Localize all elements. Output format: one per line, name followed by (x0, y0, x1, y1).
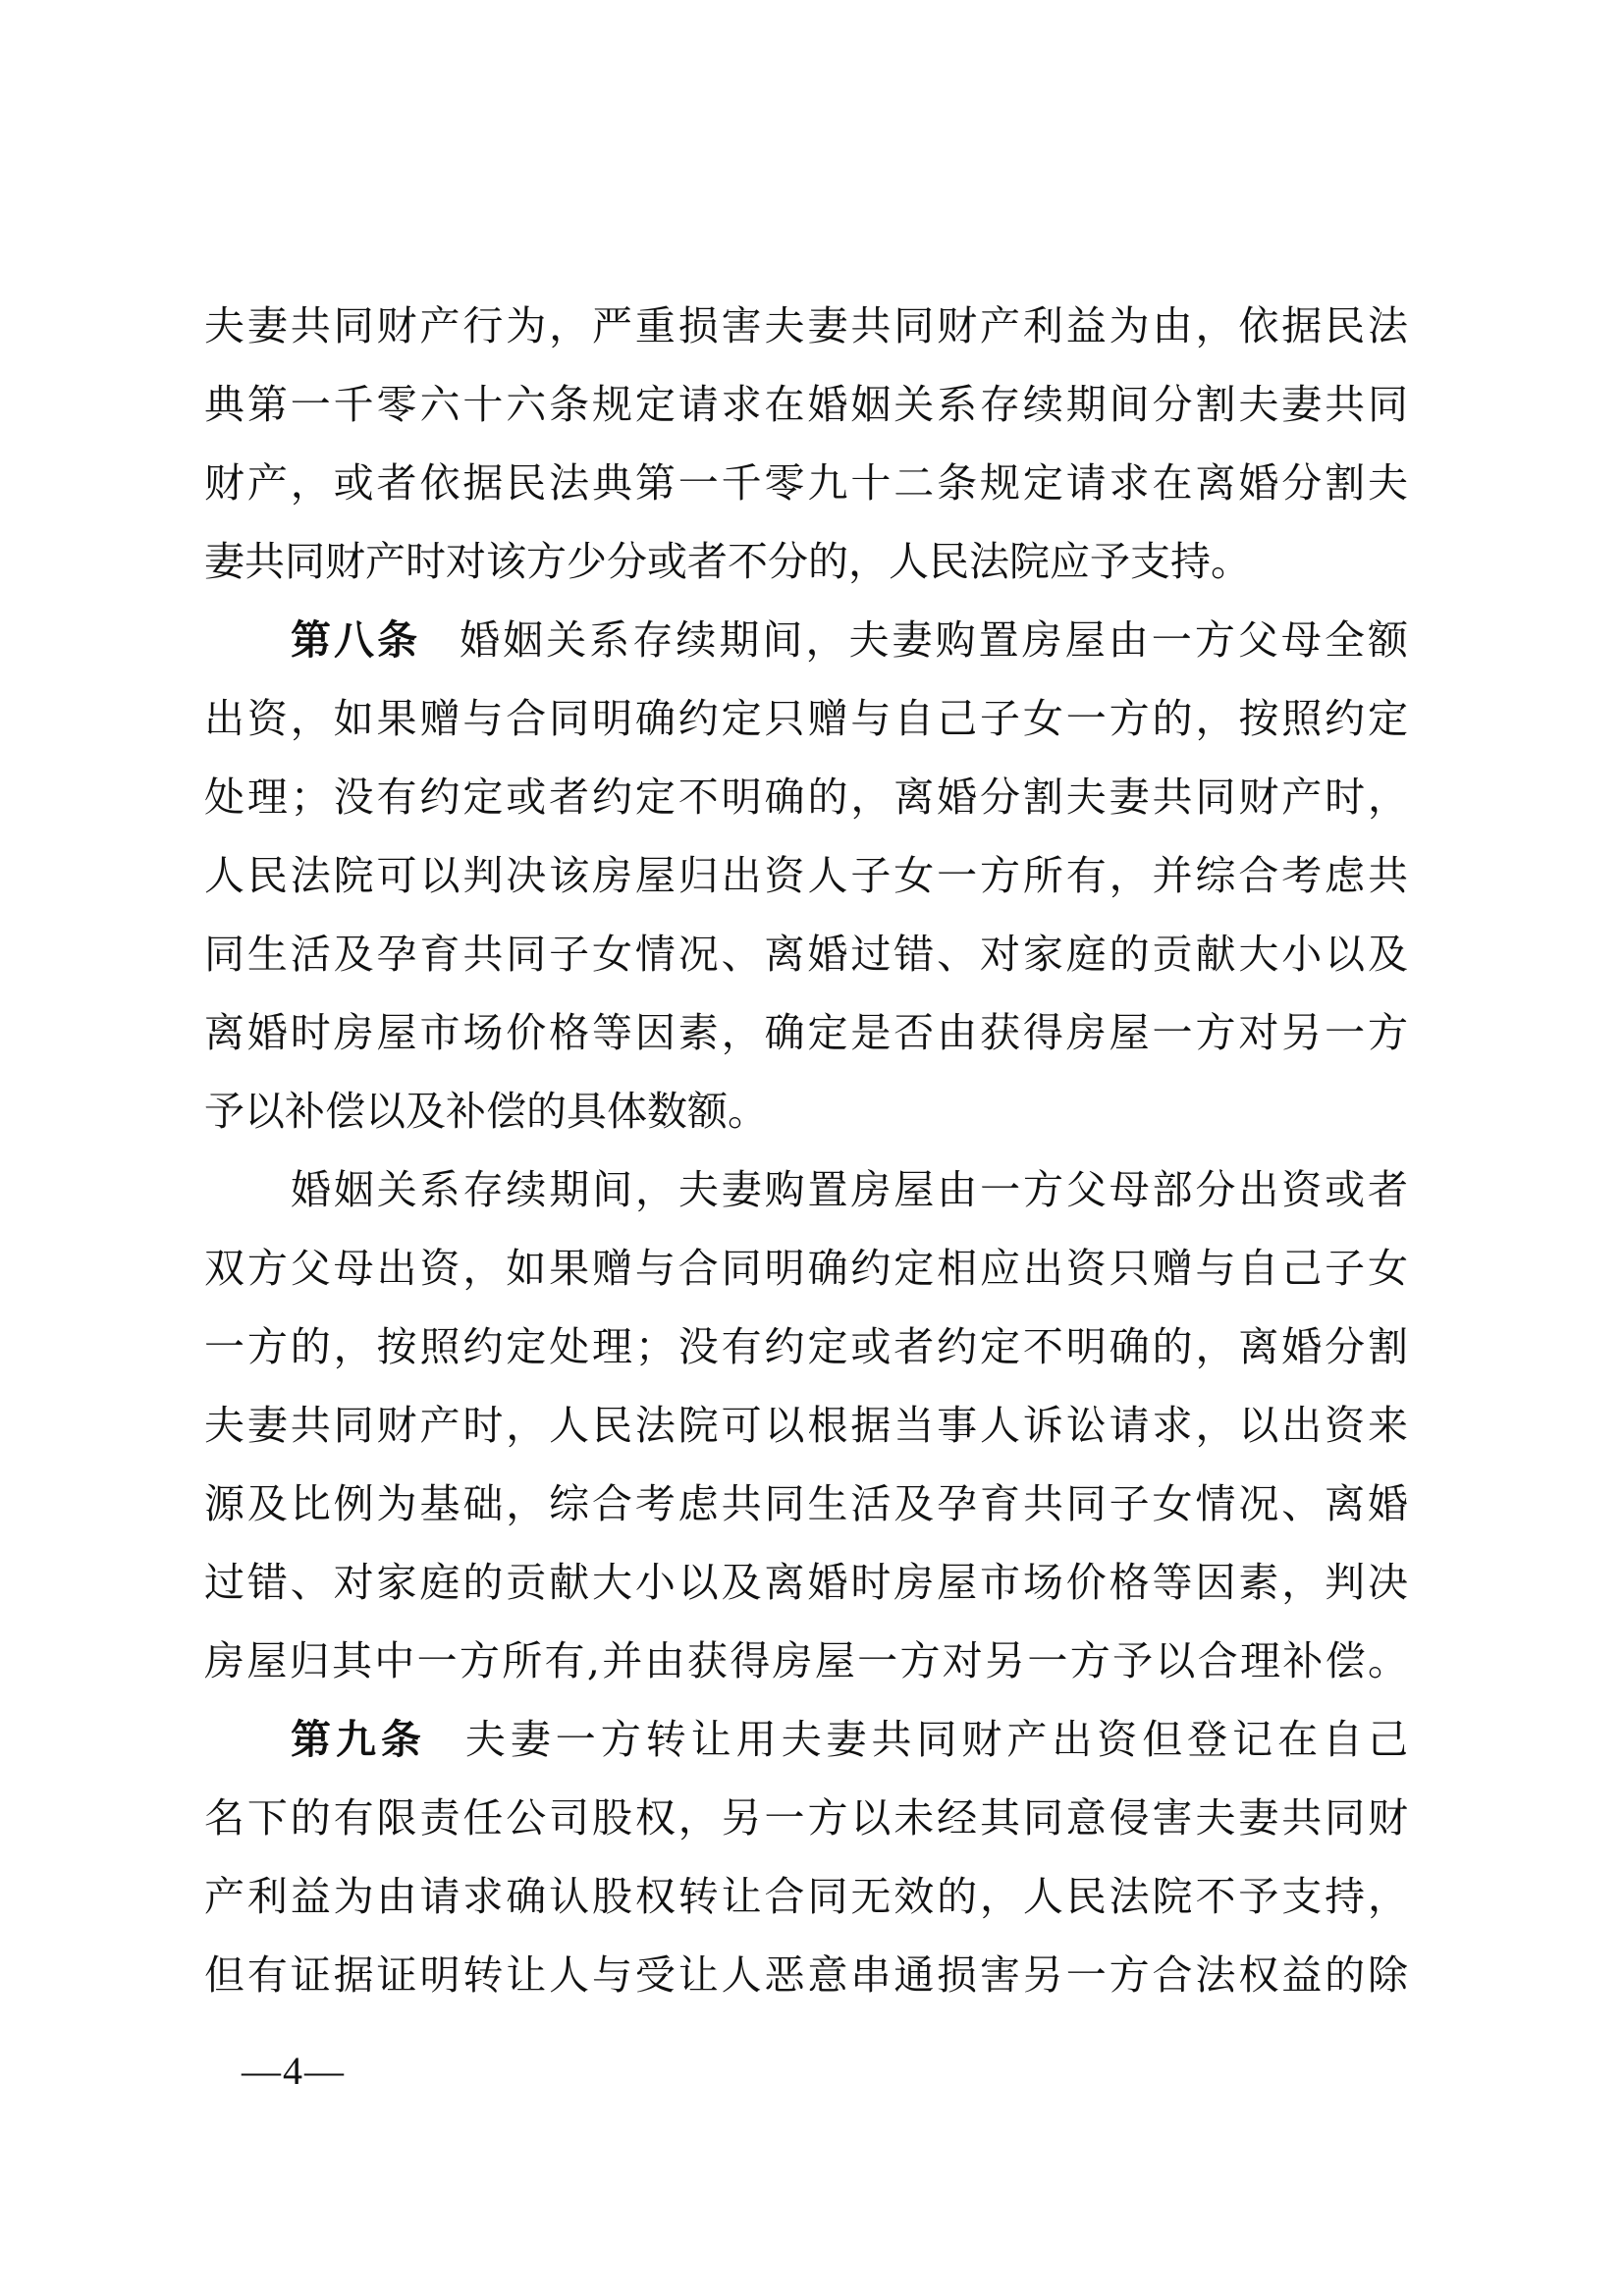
paragraph-line: 离婚时房屋市场价格等因素，确定是否由获得房屋一方对另一方 (204, 1005, 1408, 1060)
paragraph-line: 予以补偿以及补偿的具体数额。 (204, 1084, 1408, 1139)
paragraph-line: 产利益为由请求确认股权转让合同无效的，人民法院不予支持， (204, 1869, 1408, 1924)
paragraph-line: 双方父母出资，如果赠与合同明确约定相应出资只赠与自己子女 (204, 1241, 1408, 1296)
paragraph-line: 财产，或者依据民法典第一千零九十二条规定请求在离婚分割夫 (204, 455, 1408, 510)
article-label: 第九条 (291, 1716, 426, 1763)
paragraph-line: 同生活及孕育共同子女情况、离婚过错、对家庭的贡献大小以及 (204, 927, 1408, 982)
paragraph-line: 夫妻共同财产行为，严重损害夫妻共同财产利益为由，依据民法 (204, 298, 1408, 353)
paragraph-line: 名下的有限责任公司股权，另一方以未经其同意侵害夫妻共同财 (204, 1790, 1408, 1845)
article-8-first-line: 第八条婚姻关系存续期间，夫妻购置房屋由一方父母全额 (291, 613, 1408, 667)
paragraph-line: 过错、对家庭的贡献大小以及离婚时房屋市场价格等因素，判决 (204, 1555, 1408, 1610)
paragraph-line: 一方的，按照约定处理；没有约定或者约定不明确的，离婚分割 (204, 1319, 1408, 1374)
paragraph-line: 处理；没有约定或者约定不明确的，离婚分割夫妻共同财产时， (204, 770, 1408, 825)
article-text: 夫妻一方转让用夫妻共同财产出资但登记在自己 (465, 1716, 1408, 1763)
paragraph-line: 夫妻共同财产时，人民法院可以根据当事人诉讼请求，以出资来 (204, 1398, 1408, 1453)
paragraph-line: 人民法院可以判决该房屋归出资人子女一方所有，并综合考虑共 (204, 848, 1408, 903)
page-number: —4— (242, 2044, 346, 2099)
paragraph-line: 妻共同财产时对该方少分或者不分的，人民法院应予支持。 (204, 534, 1408, 589)
article-label: 第八条 (291, 616, 420, 664)
paragraph-line: 出资，如果赠与合同明确约定只赠与自己子女一方的，按照约定 (204, 691, 1408, 746)
paragraph-line: 源及比例为基础，综合考虑共同生活及孕育共同子女情况、离婚 (204, 1476, 1408, 1531)
article-9-first-line: 第九条夫妻一方转让用夫妻共同财产出资但登记在自己 (291, 1712, 1408, 1767)
article-text: 婚姻关系存续期间，夫妻购置房屋由一方父母全额 (460, 616, 1408, 664)
paragraph-line: 房屋归其中一方所有,并由获得房屋一方对另一方予以合理补偿。 (204, 1633, 1408, 1688)
paragraph-line: 但有证据证明转让人与受让人恶意串通损害另一方合法权益的除 (204, 1948, 1408, 2002)
paragraph-line: 典第一千零六十六条规定请求在婚姻关系存续期间分割夫妻共同 (204, 377, 1408, 432)
document-page: 夫妻共同财产行为，严重损害夫妻共同财产利益为由，依据民法 典第一千零六十六条规定… (0, 0, 1624, 2296)
paragraph-line: 婚姻关系存续期间，夫妻购置房屋由一方父母部分出资或者 (291, 1162, 1408, 1217)
